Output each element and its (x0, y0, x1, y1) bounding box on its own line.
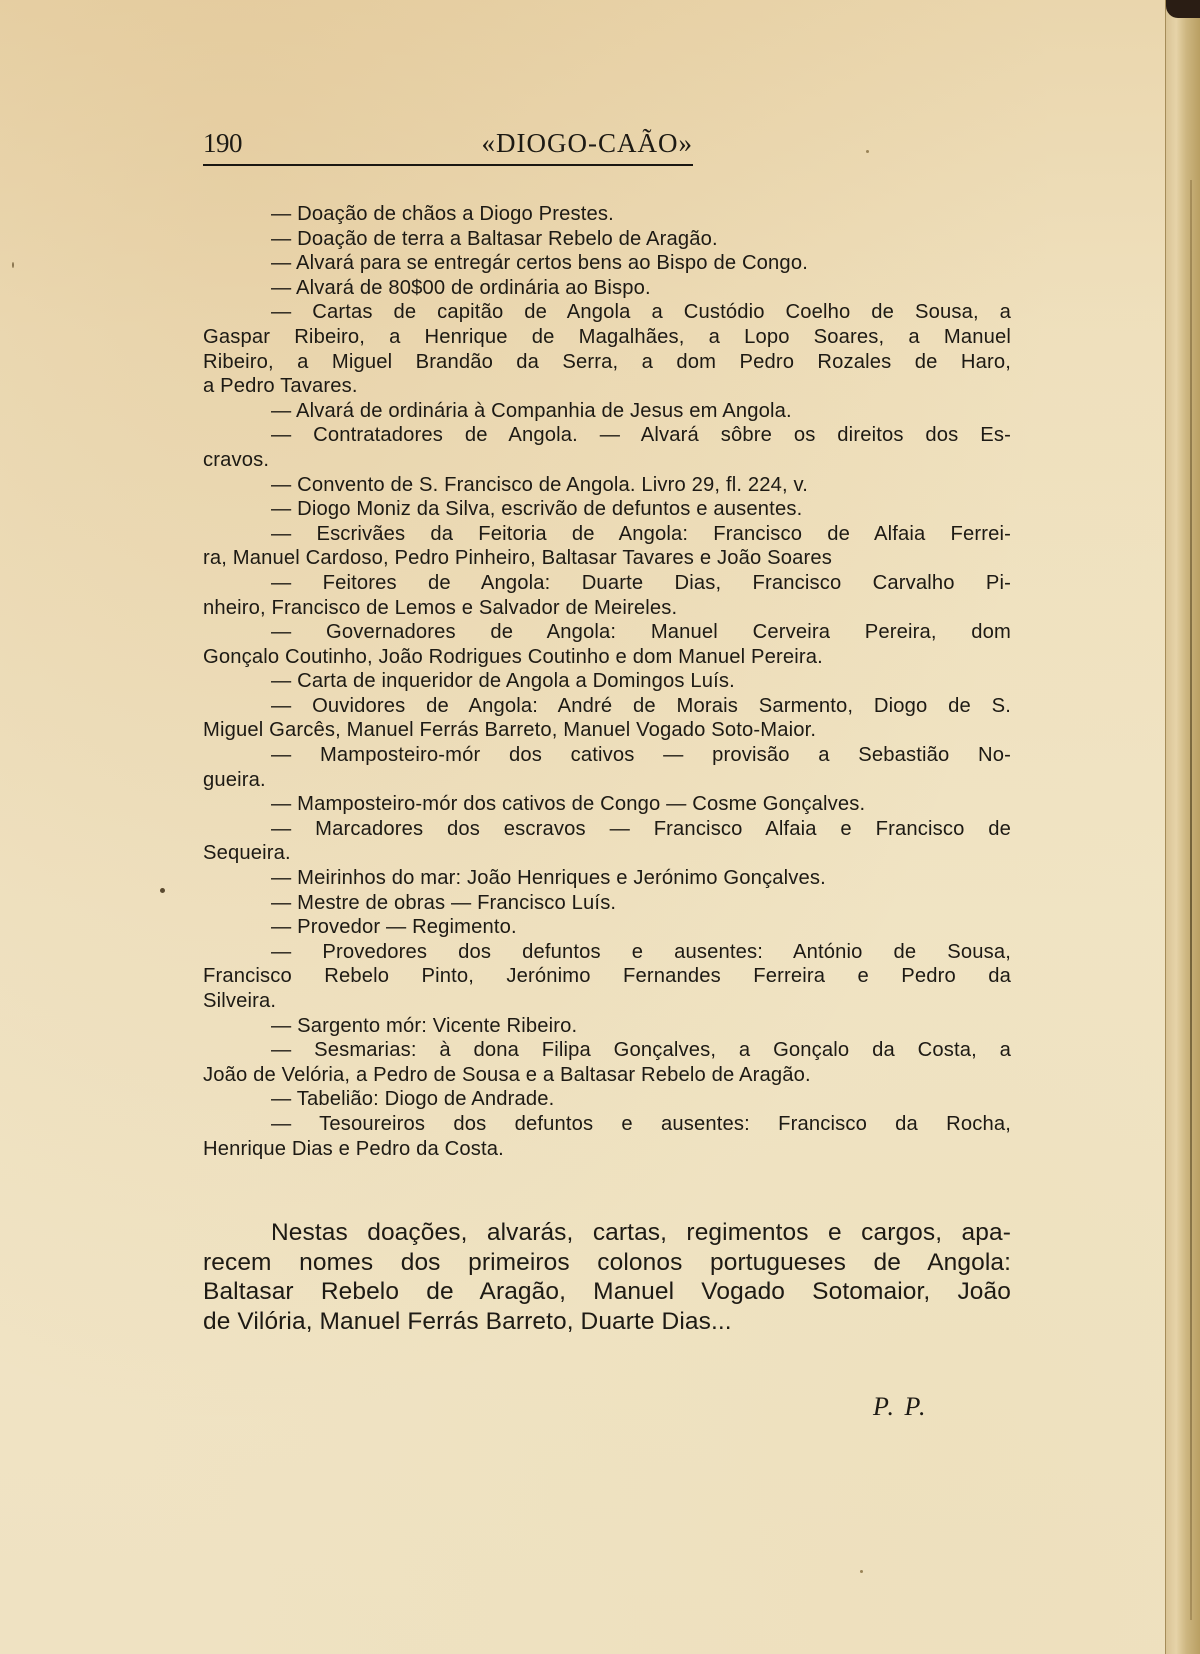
list-entry: — Cartas de capitão de Angola a Custódio… (203, 300, 1011, 398)
entry-first-line: — Meirinhos do mar: João Henriques e Jer… (203, 866, 1011, 891)
entry-first-line: — Doação de terra a Baltasar Rebelo de A… (203, 227, 1011, 252)
list-entry: — Escrivães da Feitoria de Angola: Franc… (203, 522, 1011, 571)
entry-first-line: — Ouvidores de Angola: André de Morais S… (203, 694, 1011, 719)
entry-first-line: — Provedores dos defuntos e ausentes: An… (203, 940, 1011, 965)
entry-continuation-line: gueira. (203, 768, 1011, 793)
paper-speck (160, 888, 165, 893)
entry-continuation-line: Gonçalo Coutinho, João Rodrigues Coutinh… (203, 645, 1011, 670)
running-title: «DIOGO-CAÃO» (482, 127, 693, 159)
entry-continuation-line: cravos. (203, 448, 1011, 473)
list-entry: — Alvará para se entregár certos bens ao… (203, 251, 1011, 276)
list-entry: — Provedores dos defuntos e ausentes: An… (203, 940, 1011, 1014)
entry-continuation-line: Gaspar Ribeiro, a Henrique de Magalhães,… (203, 325, 1011, 350)
entry-first-line: — Diogo Moniz da Silva, escrivão de defu… (203, 497, 1011, 522)
page-number: 190 (203, 127, 242, 159)
entry-first-line: — Convento de S. Francisco de Angola. Li… (203, 473, 1011, 498)
list-entry: — Ouvidores de Angola: André de Morais S… (203, 694, 1011, 743)
entry-continuation-line: Ribeiro, a Miguel Brandão da Serra, a do… (203, 350, 1011, 375)
list-entry: — Mestre de obras — Francisco Luís. (203, 891, 1011, 916)
list-entry: — Carta de inqueridor de Angola a Doming… (203, 669, 1011, 694)
entry-first-line: — Marcadores dos escravos — Francisco Al… (203, 817, 1011, 842)
entry-first-line: — Tesoureiros dos defuntos e ausentes: F… (203, 1112, 1011, 1137)
list-entry: — Tabelião: Diogo de Andrade. (203, 1087, 1011, 1112)
entry-first-line: — Carta de inqueridor de Angola a Doming… (203, 669, 1011, 694)
page-fold-line (1190, 180, 1192, 1620)
list-entry: — Mamposteiro-mór dos cativos de Congo —… (203, 792, 1011, 817)
list-entry: — Convento de S. Francisco de Angola. Li… (203, 473, 1011, 498)
list-entry: — Sesmarias: à dona Filipa Gonçalves, a … (203, 1038, 1011, 1087)
list-entry: — Sargento mór: Vicente Ribeiro. (203, 1014, 1011, 1039)
entry-continuation-line: Francisco Rebelo Pinto, Jerónimo Fernand… (203, 964, 1011, 989)
entry-first-line: — Tabelião: Diogo de Andrade. (203, 1087, 1011, 1112)
entry-first-line: — Alvará de 80$00 de ordinária ao Bispo. (203, 276, 1011, 301)
book-page-edge (1165, 0, 1200, 1654)
list-entry: — Diogo Moniz da Silva, escrivão de defu… (203, 497, 1011, 522)
list-entry: — Meirinhos do mar: João Henriques e Jer… (203, 866, 1011, 891)
entry-first-line: — Provedor — Regimento. (203, 915, 1011, 940)
entry-continuation-line: Henrique Dias e Pedro da Costa. (203, 1137, 1011, 1162)
entry-first-line: — Alvará para se entregár certos bens ao… (203, 251, 1011, 276)
running-header: 190 «DIOGO-CAÃO» (203, 124, 693, 166)
paper-speck (866, 150, 869, 153)
entry-first-line: — Escrivães da Feitoria de Angola: Franc… (203, 522, 1011, 547)
entry-first-line: — Mestre de obras — Francisco Luís. (203, 891, 1011, 916)
author-signature: P. P. (873, 1392, 928, 1422)
entry-first-line: — Mamposteiro-mór dos cativos — provisão… (203, 743, 1011, 768)
entry-first-line: — Alvará de ordinária à Companhia de Jes… (203, 399, 1011, 424)
entry-first-line: — Sargento mór: Vicente Ribeiro. (203, 1014, 1011, 1039)
entry-continuation-line: Miguel Garcês, Manuel Ferrás Barreto, Ma… (203, 718, 1011, 743)
list-entry: — Doação de terra a Baltasar Rebelo de A… (203, 227, 1011, 252)
list-entry: — Contratadores de Angola. — Alvará sôbr… (203, 423, 1011, 472)
entry-first-line: — Sesmarias: à dona Filipa Gonçalves, a … (203, 1038, 1011, 1063)
entry-continuation-line: João de Velória, a Pedro de Sousa e a Ba… (203, 1063, 1011, 1088)
conclusion-line: recem nomes dos primeiros colonos portug… (203, 1248, 1011, 1278)
list-entry: — Feitores de Angola: Duarte Dias, Franc… (203, 571, 1011, 620)
entry-first-line: — Doação de chãos a Diogo Prestes. (203, 202, 1011, 227)
paper-speck (860, 1570, 863, 1573)
conclusion-line: Nestas doações, alvarás, cartas, regimen… (203, 1218, 1011, 1248)
entry-first-line: — Governadores de Angola: Manuel Cerveir… (203, 620, 1011, 645)
list-entry: — Mamposteiro-mór dos cativos — provisão… (203, 743, 1011, 792)
list-entry: — Doação de chãos a Diogo Prestes. (203, 202, 1011, 227)
conclusion-line: de Vilória, Manuel Ferrás Barreto, Duart… (203, 1307, 1011, 1337)
conclusion-paragraph: Nestas doações, alvarás, cartas, regimen… (203, 1218, 1011, 1336)
conclusion-line: Baltasar Rebelo de Aragão, Manuel Vogado… (203, 1277, 1011, 1307)
document-entries-list: — Doação de chãos a Diogo Prestes.— Doaç… (203, 202, 1011, 1161)
entry-continuation-line: Silveira. (203, 989, 1011, 1014)
entry-continuation-line: a Pedro Tavares. (203, 374, 1011, 399)
list-entry: — Alvará de 80$00 de ordinária ao Bispo. (203, 276, 1011, 301)
entry-continuation-line: nheiro, Francisco de Lemos e Salvador de… (203, 596, 1011, 621)
entry-first-line: — Cartas de capitão de Angola a Custódio… (203, 300, 1011, 325)
list-entry: — Provedor — Regimento. (203, 915, 1011, 940)
entry-first-line: — Contratadores de Angola. — Alvará sôbr… (203, 423, 1011, 448)
entry-continuation-line: ra, Manuel Cardoso, Pedro Pinheiro, Balt… (203, 546, 1011, 571)
list-entry: — Marcadores dos escravos — Francisco Al… (203, 817, 1011, 866)
entry-continuation-line: Sequeira. (203, 841, 1011, 866)
list-entry: — Alvará de ordinária à Companhia de Jes… (203, 399, 1011, 424)
list-entry: — Governadores de Angola: Manuel Cerveir… (203, 620, 1011, 669)
entry-first-line: — Mamposteiro-mór dos cativos de Congo —… (203, 792, 1011, 817)
list-entry: — Tesoureiros dos defuntos e ausentes: F… (203, 1112, 1011, 1161)
entry-first-line: — Feitores de Angola: Duarte Dias, Franc… (203, 571, 1011, 596)
paper-speck (12, 262, 14, 268)
